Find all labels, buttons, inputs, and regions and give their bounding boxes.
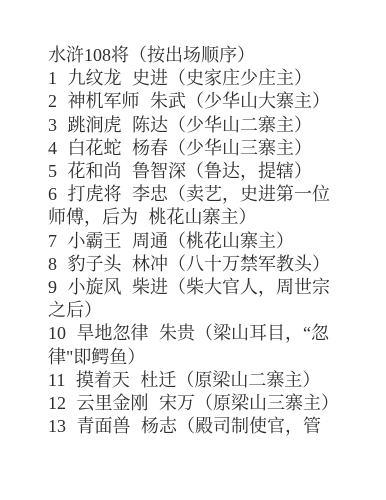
list-item: 12 云里金刚 宋万（原梁山三寨主）	[48, 392, 338, 415]
list-item: 7 小霸王 周通（桃花山寨主）	[48, 230, 338, 253]
list-item: 1 九纹龙 史进（史家庄少庄主）	[48, 67, 338, 90]
list-item: 9 小旋风 柴进（柴大官人，周世宗之后）	[48, 276, 338, 322]
list-item: 6 打虎将 李忠（卖艺，史进第一位师傅，后为 桃花山寨主）	[48, 183, 338, 229]
list-item: 3 跳涧虎 陈达（少华山二寨主）	[48, 114, 338, 137]
list-item: 2 神机军师 朱武（少华山大寨主）	[48, 90, 338, 113]
document-page: 水浒108将（按出场顺序） 1 九纹龙 史进（史家庄少庄主） 2 神机军师 朱武…	[0, 0, 386, 500]
hero-list: 水浒108将（按出场顺序） 1 九纹龙 史进（史家庄少庄主） 2 神机军师 朱武…	[48, 44, 338, 438]
list-item: 8 豹子头 林冲（八十万禁军教头）	[48, 253, 338, 276]
list-item: 10 旱地忽律 朱贵（梁山耳目，“忽律"即鳄鱼）	[48, 322, 338, 368]
list-item: 5 花和尚 鲁智深（鲁达，提辖）	[48, 160, 338, 183]
page-title: 水浒108将（按出场顺序）	[48, 44, 338, 67]
list-item: 11 摸着天 杜迁（原梁山二寨主）	[48, 369, 338, 392]
list-item: 4 白花蛇 杨春（少华山三寨主）	[48, 137, 338, 160]
list-item: 13 青面兽 杨志（殿司制使官，管	[48, 415, 338, 438]
